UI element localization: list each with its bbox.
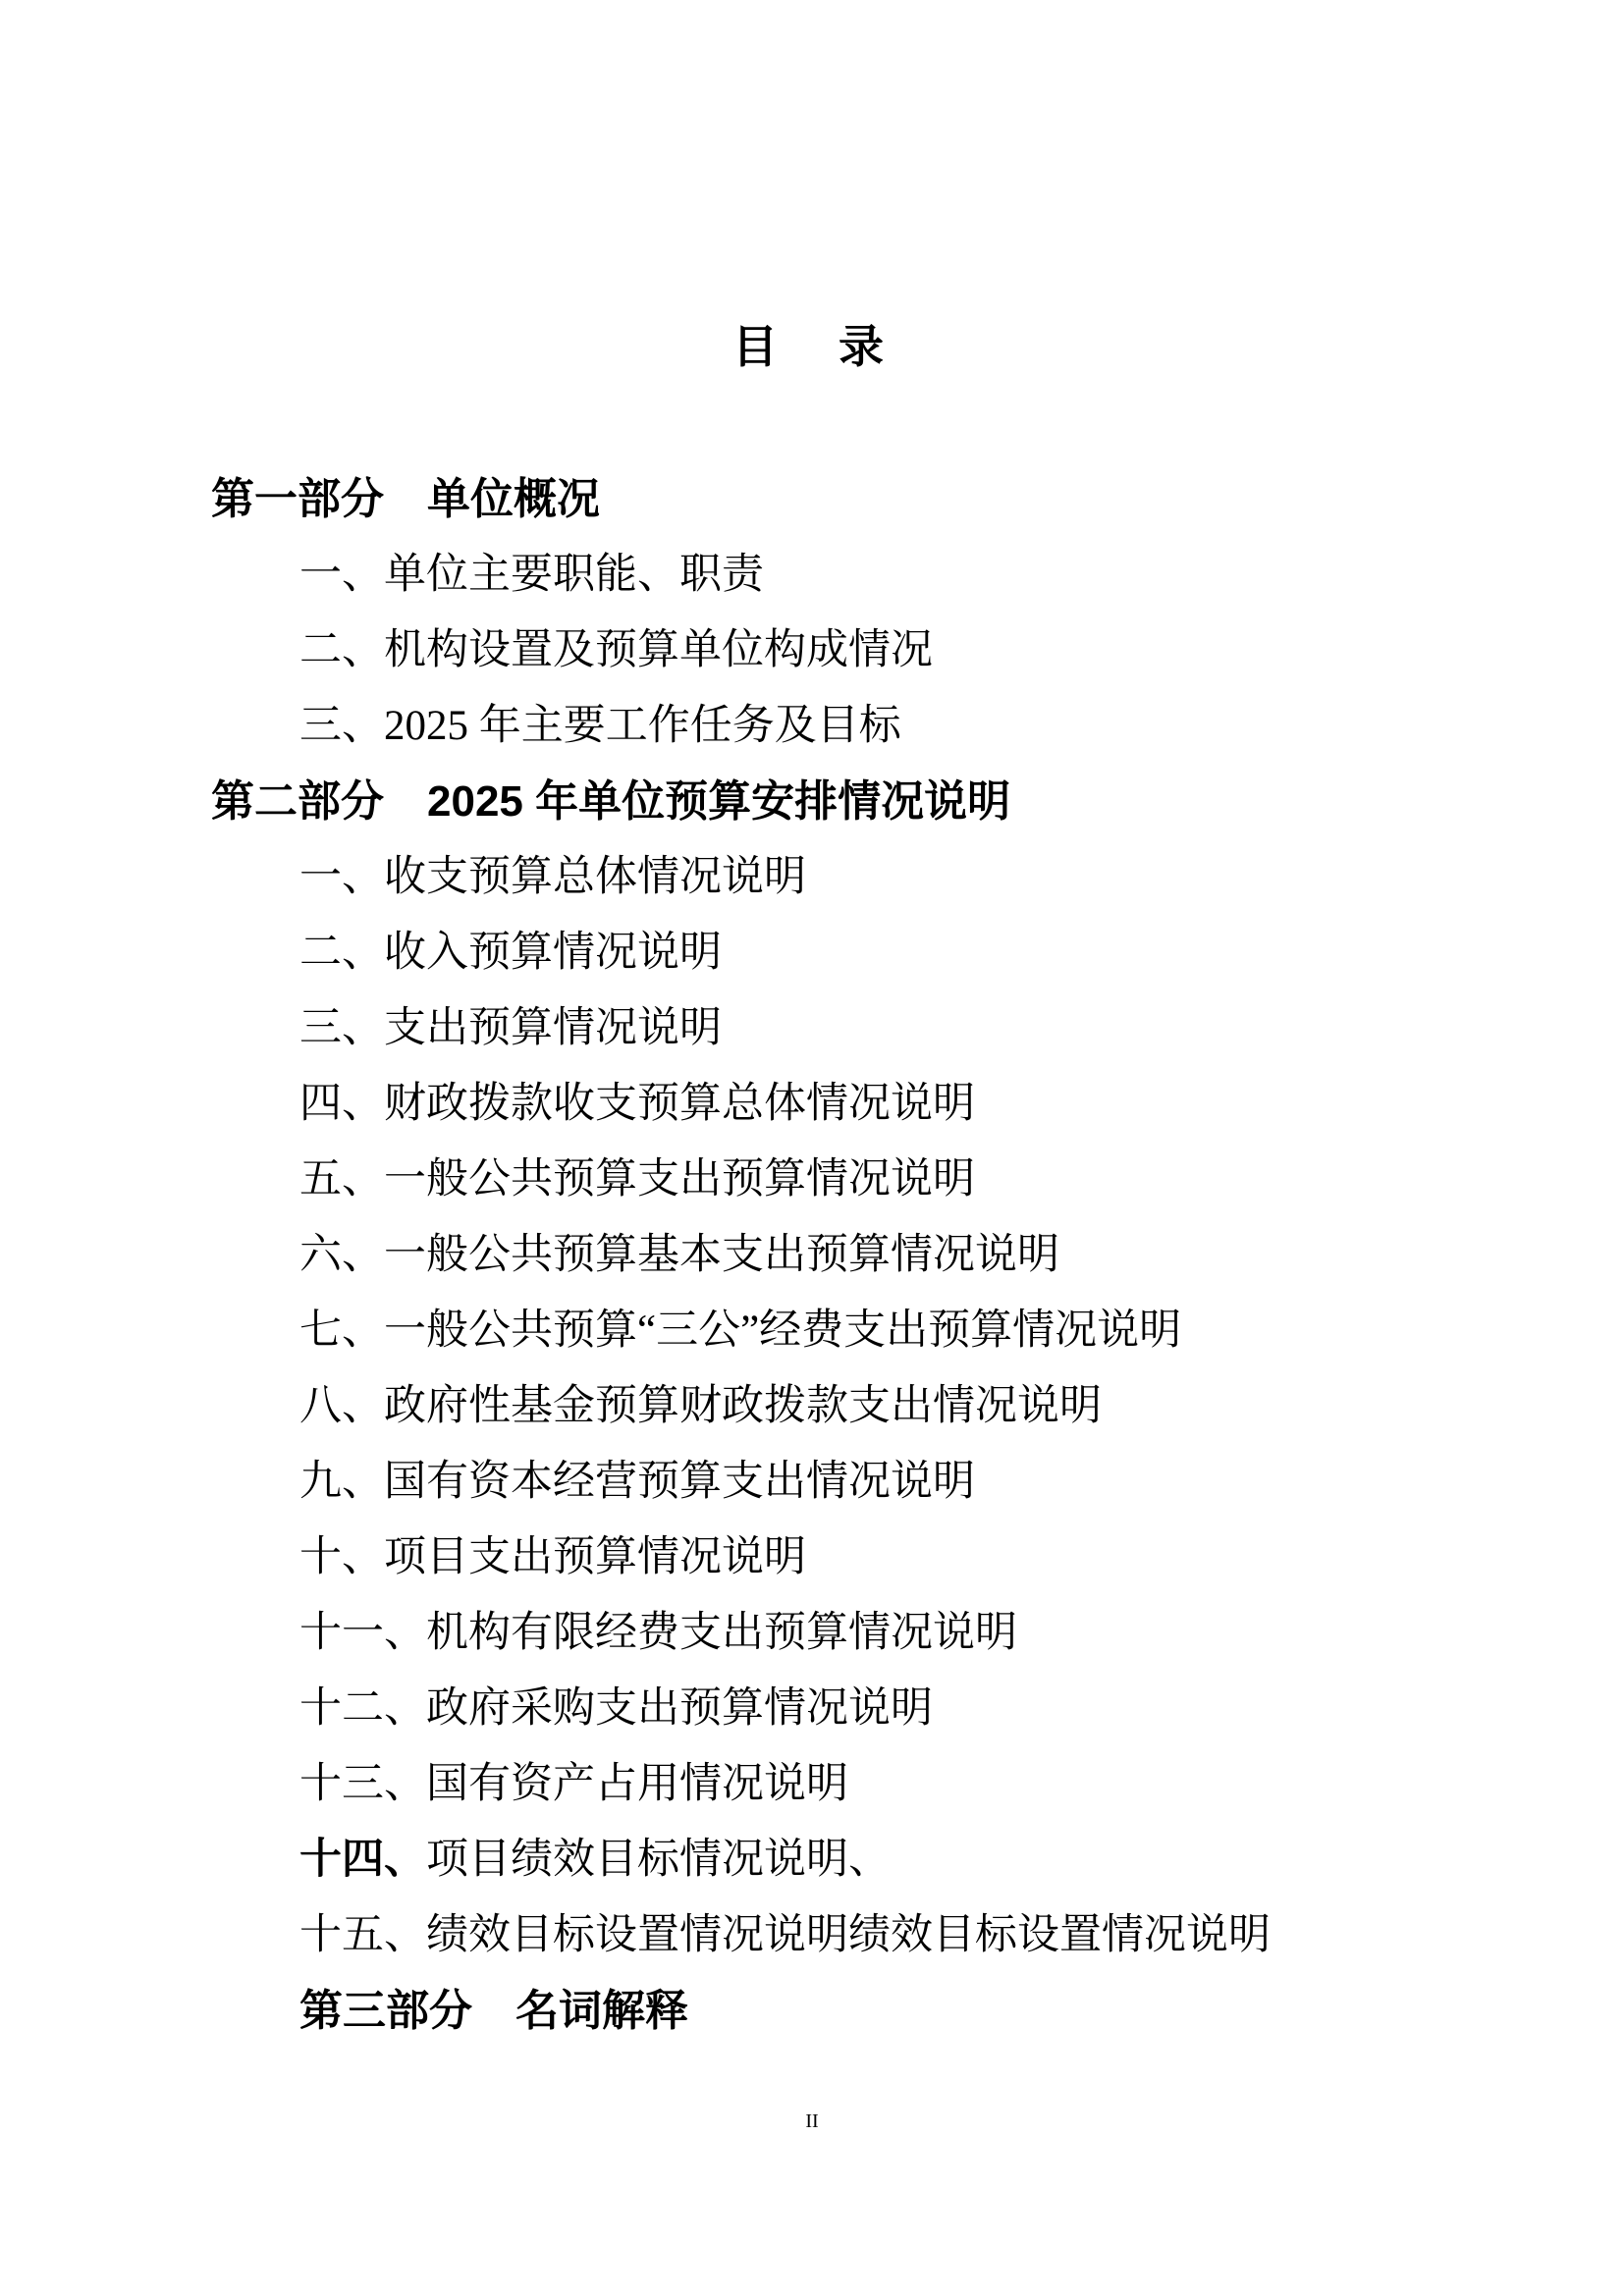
part2-item-12: 十二、政府采购支出预算情况说明 (299, 1671, 1624, 1746)
part2-item-15: 十五、绩效目标设置情况说明绩效目标设置情况说明 (299, 1897, 1624, 1973)
part2-item-10: 十、项目支出预算情况说明 (299, 1520, 1624, 1595)
part2-item-11: 十一、机构有限经费支出预算情况说明 (299, 1595, 1624, 1671)
part1-heading: 第一部分 单位概况 (211, 461, 1624, 537)
part2-item-5: 五、一般公共预算支出预算情况说明 (299, 1142, 1624, 1217)
part2-item-14-prefix: 十四、 (299, 1836, 426, 1883)
part2-item-2: 二、收入预算情况说明 (299, 915, 1624, 990)
part1-item-2: 二、机构设置及预算单位构成情况 (299, 613, 1624, 688)
part2-item-14-text: 项目绩效目标情况说明、 (426, 1837, 891, 1883)
part2-item-4: 四、财政拨款收支预算总体情况说明 (299, 1066, 1624, 1142)
part1-item-3: 三、2025 年主要工作任务及目标 (299, 688, 1624, 764)
part2-item-8: 八、政府性基金预算财政拨款支出情况说明 (299, 1368, 1624, 1444)
part2-item-3: 三、支出预算情况说明 (299, 990, 1624, 1066)
part2-item-13: 十三、国有资产占用情况说明 (299, 1746, 1624, 1822)
page-number: II (0, 2110, 1624, 2132)
part1-item-1: 一、单位主要职能、职责 (299, 537, 1624, 613)
document-page: 目 录 第一部分 单位概况 一、单位主要职能、职责 二、机构设置及预算单位构成情… (0, 0, 1624, 2296)
part2-item-14: 十四、项目绩效目标情况说明、 (299, 1822, 1624, 1897)
part2-item-1: 一、收支预算总体情况说明 (299, 839, 1624, 915)
part2-item-6: 六、一般公共预算基本支出预算情况说明 (299, 1217, 1624, 1293)
part2-item-9: 九、国有资本经营预算支出情况说明 (299, 1444, 1624, 1520)
part2-item-7: 七、一般公共预算“三公”经费支出预算情况说明 (299, 1293, 1624, 1368)
part2-heading: 第二部分 2025 年单位预算安排情况说明 (211, 764, 1624, 839)
part3-heading: 第三部分 名词解释 (299, 1973, 1624, 2049)
toc-title: 目 录 (0, 309, 1624, 385)
